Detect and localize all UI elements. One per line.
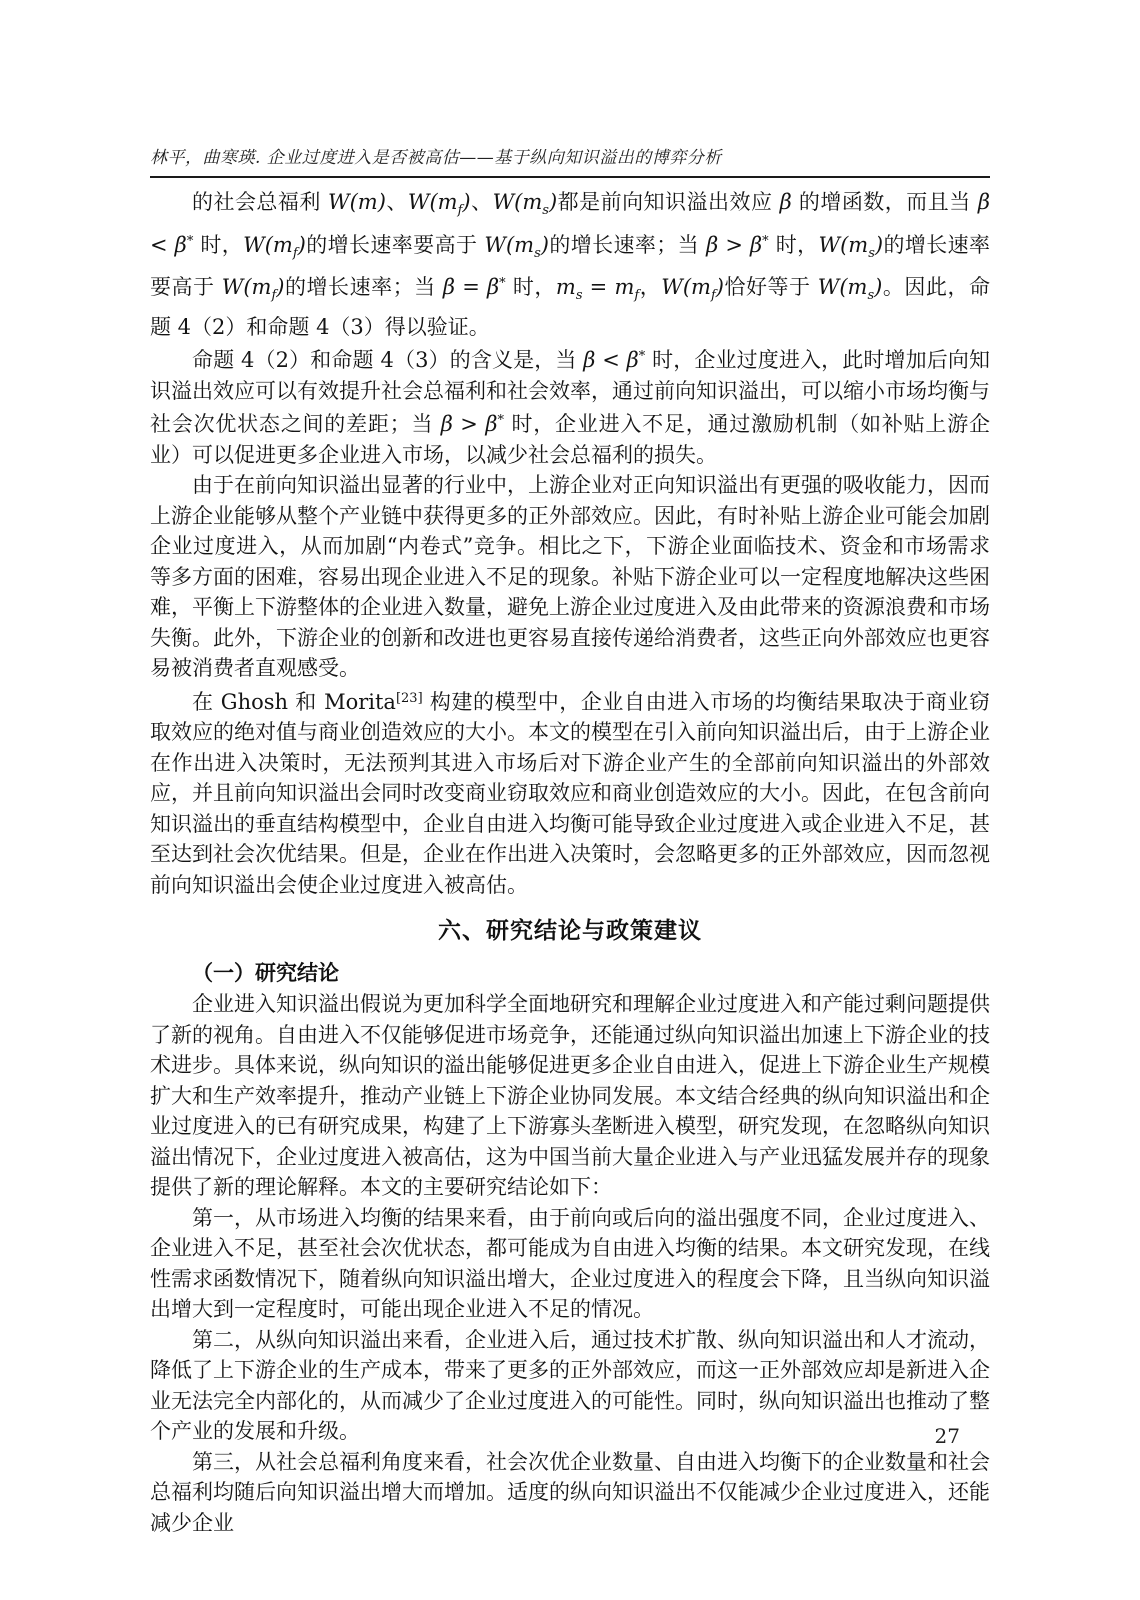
paragraph: 第三，从社会总福利角度来看，社会次优企业数量、自由进入均衡下的企业数量和社会总福… xyxy=(150,1447,990,1539)
math-inline: W(m xyxy=(818,233,868,257)
paragraph: 企业进入知识溢出假说为更加科学全面地研究和理解企业过度进入和产能过剩问题提供了新… xyxy=(150,989,990,1203)
math-inline: ) xyxy=(874,275,882,299)
math-subscript: s xyxy=(542,203,549,218)
math-inline: β > β xyxy=(706,233,762,257)
running-head: 林平，曲寒瑛. 企业过度进入是否被高估——基于纵向知识溢出的博弈分析 xyxy=(150,146,990,178)
paragraph: 由于在前向知识溢出显著的行业中，上游企业对正向知识溢出有更强的吸收能力，因而上游… xyxy=(150,470,990,684)
math-inline: m xyxy=(556,275,576,299)
math-inline: ) xyxy=(298,233,306,257)
math-inline: ) xyxy=(875,233,883,257)
paper-page: 林平，曲寒瑛. 企业过度进入是否被高估——基于纵向知识溢出的博弈分析 的社会总福… xyxy=(0,0,1140,1600)
math-inline: β = β xyxy=(443,275,499,299)
math-subscript: s xyxy=(868,246,875,261)
math-inline: ) xyxy=(462,190,470,214)
math-inline: W(m) xyxy=(328,190,386,214)
article-body: 的社会总福利 W(m)、W(mf)、W(ms)都是前向知识溢出效应 β 的增函数… xyxy=(150,187,990,1538)
paragraph: 命题 4（2）和命题 4（3）的含义是，当 β < β* 时，企业过度进入，此时… xyxy=(150,342,990,470)
math-inline: β xyxy=(780,190,792,214)
math-inline: ) xyxy=(276,275,284,299)
math-inline: = m xyxy=(582,275,634,299)
math-subscript: f xyxy=(634,288,639,303)
math-inline: W(m xyxy=(243,233,293,257)
page-number: 27 xyxy=(150,1424,990,1448)
math-subscript: s xyxy=(534,246,541,261)
subsection-heading: （一）研究结论 xyxy=(150,958,990,989)
math-inline: ) xyxy=(716,275,724,299)
math-inline: β > β xyxy=(441,412,498,436)
math-inline: W(m xyxy=(661,275,711,299)
superscript: * xyxy=(499,276,506,291)
superscript: * xyxy=(762,234,769,249)
math-inline: β < β xyxy=(583,348,638,372)
paragraph: 在 Ghosh 和 Morita[23] 构建的模型中，企业自由进入市场的均衡结… xyxy=(150,684,990,901)
math-inline: ) xyxy=(541,233,549,257)
math-inline: W(m xyxy=(484,233,534,257)
math-inline: W(m xyxy=(818,275,868,299)
superscript: * xyxy=(498,413,505,428)
math-inline: W(m xyxy=(222,275,272,299)
page-content: 林平，曲寒瑛. 企业过度进入是否被高估——基于纵向知识溢出的博弈分析 的社会总福… xyxy=(150,146,990,1538)
paragraph: 的社会总福利 W(m)、W(mf)、W(ms)都是前向知识溢出效应 β 的增函数… xyxy=(150,187,990,342)
math-inline: W(m xyxy=(408,190,458,214)
superscript: * xyxy=(639,349,646,364)
superscript: * xyxy=(187,234,194,249)
math-inline: ) xyxy=(549,190,557,214)
superscript: [23] xyxy=(396,691,423,706)
math-inline: W(m xyxy=(493,190,543,214)
section-heading: 六、研究结论与政策建议 xyxy=(150,915,990,947)
paragraph: 第一，从市场进入均衡的结果来看，由于前向或后向的溢出强度不同，企业过度进入、企业… xyxy=(150,1203,990,1325)
